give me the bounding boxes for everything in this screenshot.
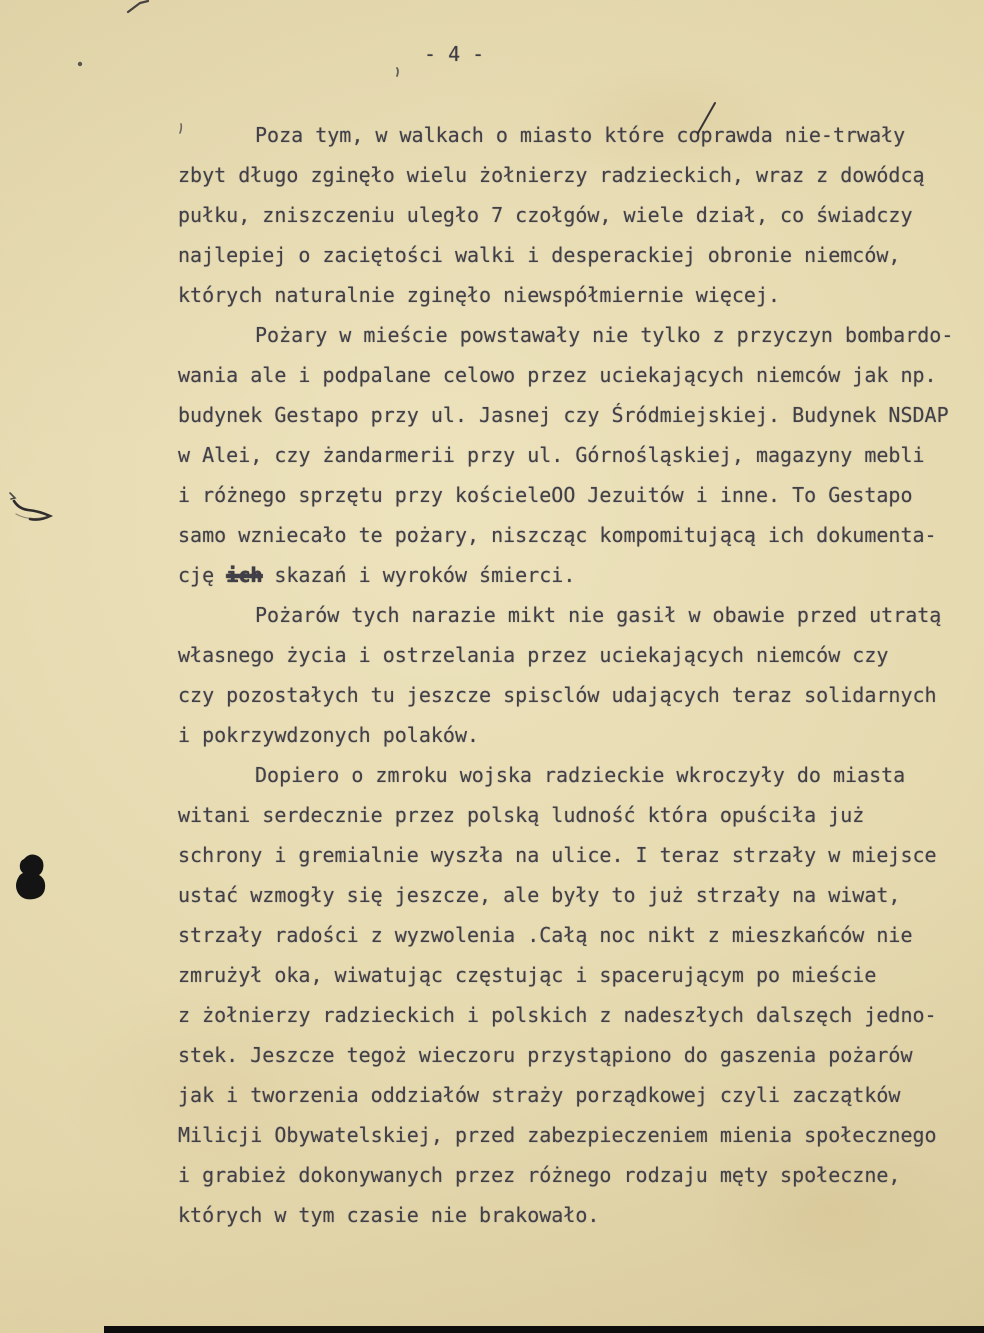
text-line: i różnego sprzętu przy kościeleOO Jezuit… [178, 475, 964, 515]
text-line: których naturalnie zginęło niewspółmiern… [178, 275, 964, 315]
text-line: jak i tworzenia oddziałów straży porządk… [178, 1075, 964, 1115]
text-line: i pokrzywdzonych polaków. [178, 715, 964, 755]
text-line: schrony i gremialnie wyszła na ulice. I … [178, 835, 964, 875]
text-line: i grabież dokonywanych przez różnego rod… [178, 1155, 964, 1195]
text-line: Pożarów tych narazie mikt nie gasił w ob… [178, 595, 964, 635]
text-line: budynek Gestapo przy ul. Jasnej czy Śród… [178, 395, 964, 435]
scan-edge-bar [104, 1326, 984, 1333]
text-line: których w tym czasie nie brakowało. [178, 1195, 964, 1235]
text-segment: skazań i wyroków śmierci. [262, 563, 575, 587]
text-line: wania ale i podpalane celowo przez uciek… [178, 355, 964, 395]
text-line: czy pozostałych tu jeszcze spisclów udaj… [178, 675, 964, 715]
text-line: pułku, zniszczeniu uległo 7 czołgów, wie… [178, 195, 964, 235]
text-line: Pożary w mieście powstawały nie tylko z … [178, 315, 964, 355]
text-line: ustać wzmogły się jeszcze, ale były to j… [178, 875, 964, 915]
text-line: stek. Jeszcze tegoż wieczoru przystąpion… [178, 1035, 964, 1075]
text-line: własnego życia i ostrzelania przez uciek… [178, 635, 964, 675]
text-line: zbyt długo zginęło wielu żołnierzy radzi… [178, 155, 964, 195]
text-line: witani serdecznie przez polską ludność k… [178, 795, 964, 835]
text-line: w Alei, czy żandarmerii przy ul. Górnośl… [178, 435, 964, 475]
typed-text: Poza tym, w walkach o miasto które copra… [178, 115, 964, 1235]
text-line: cję ich skazań i wyroków śmierci. [178, 555, 964, 595]
text-line: najlepiej o zaciętości walki i desperack… [178, 235, 964, 275]
text-line: z żołnierzy radzieckich i polskich z nad… [178, 995, 964, 1035]
text-line: samo wzniecało te pożary, niszcząc kompo… [178, 515, 964, 555]
text-line: Milicji Obywatelskiej, przed zabezpiecze… [178, 1115, 964, 1155]
text-line: Poza tym, w walkach o miasto które copra… [178, 115, 964, 155]
text-line: zmrużył oka, wiwatując częstując i space… [178, 955, 964, 995]
text-segment: cję [178, 563, 226, 587]
text-line: Dopiero o zmroku wojska radzieckie wkroc… [178, 755, 964, 795]
text-line: strzały radości z wyzwolenia .Całą noc n… [178, 915, 964, 955]
overstruck-word: ich [226, 563, 262, 587]
page-number: - 4 - [424, 42, 484, 66]
